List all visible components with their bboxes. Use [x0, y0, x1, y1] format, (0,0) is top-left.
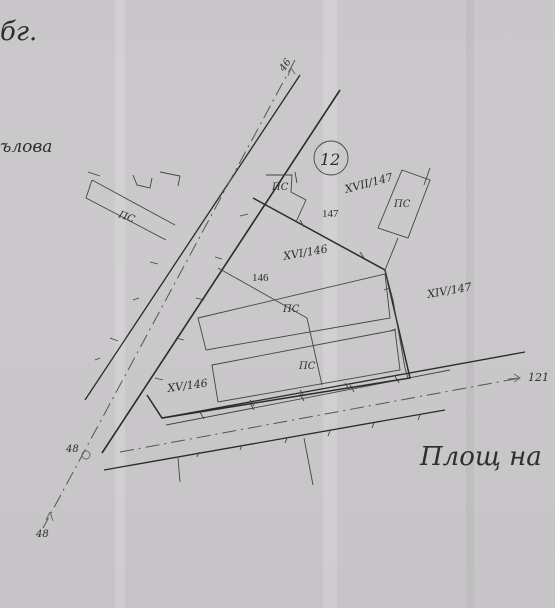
lot-label-xvi: XVI/146 — [281, 242, 328, 263]
axis-point-south: 48 — [35, 529, 49, 540]
axis-junction-marker — [82, 451, 90, 459]
lot-upper-left — [86, 172, 180, 240]
block-number: 12 — [320, 150, 340, 169]
handwriting: бг. ълова Площ на — [0, 17, 542, 472]
axis-point-north: 46 — [277, 56, 294, 74]
handwritten-area-note: Площ на — [419, 442, 542, 472]
cadastral-plan-sheet: 12 XVII/147 147 XVI/146 146 XV/146 XIV/1… — [0, 0, 555, 608]
building-label-ps-middle: ПС — [282, 304, 300, 315]
street-name-fragment: ълова — [0, 137, 52, 157]
parcel-number-147: 147 — [322, 208, 339, 220]
axis-point-junction: 48 — [65, 444, 79, 455]
axis-point-east: 121 — [528, 371, 549, 384]
title-fragment: бг. — [0, 17, 37, 47]
east-arrow-icon — [508, 374, 520, 382]
main-street — [43, 60, 340, 528]
lot-label-xv: XV/146 — [166, 376, 209, 395]
building-label-ps-lower: ПС — [298, 361, 316, 372]
building-label-ps-right: ПС — [393, 199, 411, 210]
building-label-ps-upper: ПС — [271, 182, 289, 193]
lot-label-xiv: XIV/147 — [425, 280, 472, 301]
plan-drawing: 12 XVII/147 147 XVI/146 146 XV/146 XIV/1… — [0, 0, 555, 608]
lot-label-xvii: XVII/147 — [342, 171, 394, 197]
parcel-number-146: 146 — [252, 272, 269, 284]
